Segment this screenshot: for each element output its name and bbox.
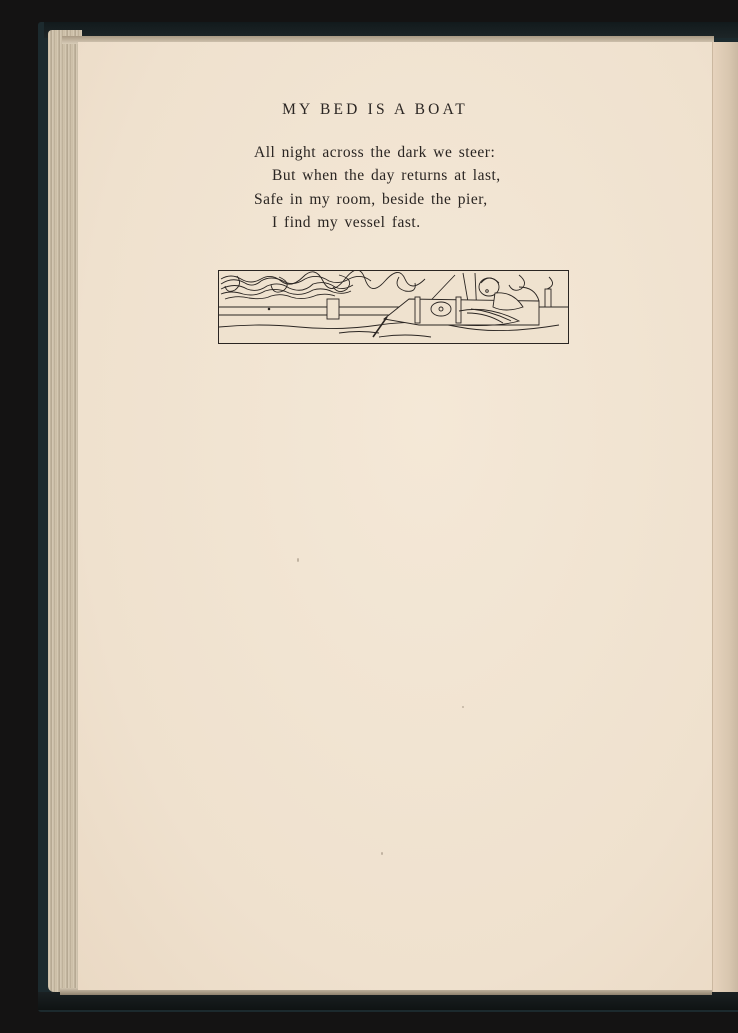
paper-speck [381,852,383,855]
verse-line-1: All night across the dark we steer: [254,141,501,164]
facing-page-edge [712,42,738,992]
paper-speck [462,706,464,708]
poem-verse: All night across the dark we steer: But … [254,141,501,234]
paper-speck [297,558,299,562]
verse-line-2: But when the day returns at last, [254,164,501,187]
verse-line-4: I find my vessel fast. [254,211,501,234]
verse-line-3: Safe in my room, beside the pier, [254,188,501,211]
illustration-bed-boat-icon [218,270,569,344]
page-stack-edges [48,30,82,992]
poem-title: MY BED IS A BOAT [0,101,738,119]
